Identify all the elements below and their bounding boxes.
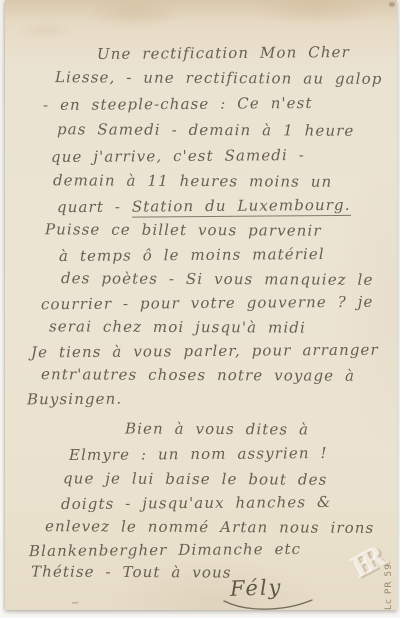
pencil-inventory-note: Lc PR 59 [384,540,394,610]
pencil-mark: ~ [70,597,80,609]
handwritten-line: Une rectification Mon Cher [97,43,350,63]
handwritten-line: des poètes - Si vous manquiez le [61,269,374,289]
handwritten-line-underlined: quart - Station du Luxembourg. [57,196,351,216]
handwritten-line: Elmyre : un nom assyrien ! [69,444,328,464]
handwritten-line: Liesse, - une rectification au galop [55,68,383,88]
handwritten-line: à temps ô le moins matériel [59,245,325,265]
paper-speck [389,2,395,7]
handwritten-line: Bien à vous dites à [125,420,309,439]
handwritten-line: serai chez moi jusqu'à midi [49,317,306,336]
handwritten-line: Blankenbergher Dimanche etc [29,540,301,560]
handwritten-line: Buysingen. [27,390,122,409]
handwritten-line: que je lui baise le bout des [63,469,328,488]
handwritten-line: enlevez le nommé Artan nous irons [45,517,374,537]
handwritten-line: Puisse ce billet vous parvenir [45,220,322,239]
line-prefix: quart - [57,198,132,217]
handwritten-line: doigts - jusqu'aux hanches & [61,493,332,513]
handwritten-line: demain à 11 heures moins un [53,171,332,190]
handwritten-line: pas Samedi - demain à 1 heure [57,120,354,140]
underlined-station-text: Station du Luxembourg. [132,196,351,218]
signature-flourish-icon [220,598,316,612]
letter-page: Une rectification Mon Cher Liesse, - une… [5,0,397,610]
scanned-letter: Une rectification Mon Cher Liesse, - une… [0,0,400,618]
handwritten-line: Je tiens à vous parler, pour arranger [31,341,379,362]
handwritten-line: courrier - pour votre gouverne ? je [41,293,374,314]
handwritten-line: Thétise - Tout à vous [31,562,232,581]
handwritten-line: - en steeple-chase : Ce n'est [43,94,313,114]
blind-stamp-monogram-icon: FR [347,544,385,585]
handwritten-line: entr'autres choses notre voyage à [41,365,355,385]
handwritten-line: que j'arrive, c'est Samedi - [51,146,305,166]
